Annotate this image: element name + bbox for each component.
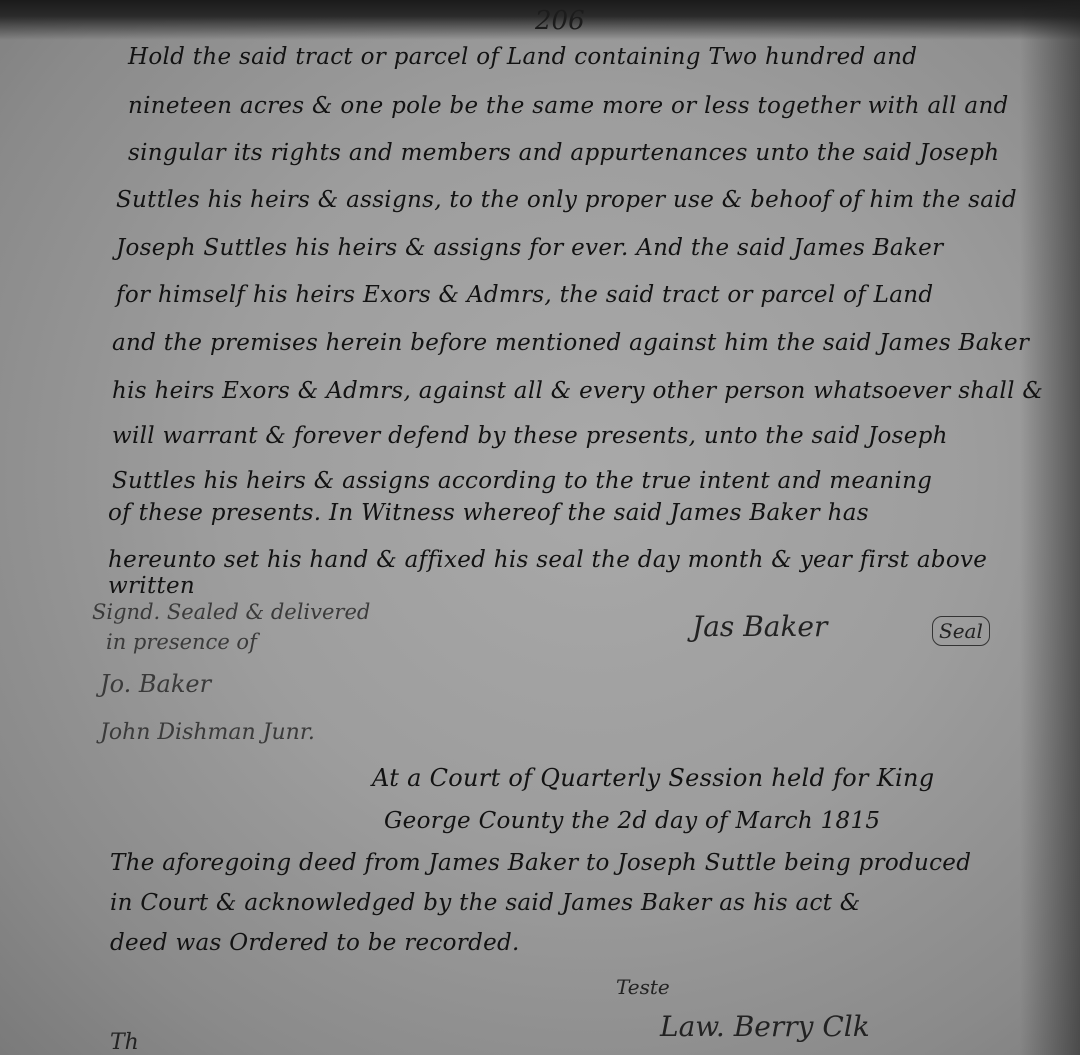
right-edge-shadow [1020,0,1080,1055]
court-body-line: in Court & acknowledged by the said Jame… [110,890,861,916]
body-line: Joseph Suttles his heirs & assigns for e… [116,235,943,261]
court-heading-line-1: At a Court of Quarterly Session held for… [372,764,934,792]
court-body-line: deed was Ordered to be recorded. [110,930,520,956]
page-number: 206 [535,6,585,36]
court-heading-line-2: George County the 2d day of March 1815 [384,808,880,834]
attestation-line-1: Signd. Sealed & delivered [92,600,370,624]
witness-signature-1: Jo. Baker [100,670,211,698]
body-line: Suttles his heirs & assigns according to… [112,468,932,494]
body-line: written [108,573,195,599]
attestation-line-2: in presence of [106,630,257,654]
body-line: of these presents. In Witness whereof th… [108,500,869,526]
body-line: singular its rights and members and appu… [128,140,999,166]
witness-signature-2: John Dishman Junr. [100,720,315,745]
seal-mark: Seal [932,616,990,646]
body-line: nineteen acres & one pole be the same mo… [128,93,1009,119]
body-line: hereunto set his hand & affixed his seal… [108,547,987,573]
teste-label: Teste [616,975,670,999]
body-line: Hold the said tract or parcel of Land co… [128,44,917,70]
body-line: Suttles his heirs & assigns, to the only… [116,187,1017,213]
grantor-signature: Jas Baker [692,610,827,643]
body-line: for himself his heirs Exors & Admrs, the… [116,282,933,308]
trailing-fragment: Th [110,1030,139,1055]
body-line: his heirs Exors & Admrs, against all & e… [112,378,1043,404]
court-body-line: The aforegoing deed from James Baker to … [110,850,971,876]
body-line: will warrant & forever defend by these p… [112,423,948,449]
clerk-signature: Law. Berry Clk [660,1010,870,1043]
document-page: 206 Hold the said tract or parcel of Lan… [0,0,1080,1055]
body-line: and the premises herein before mentioned… [112,330,1029,356]
